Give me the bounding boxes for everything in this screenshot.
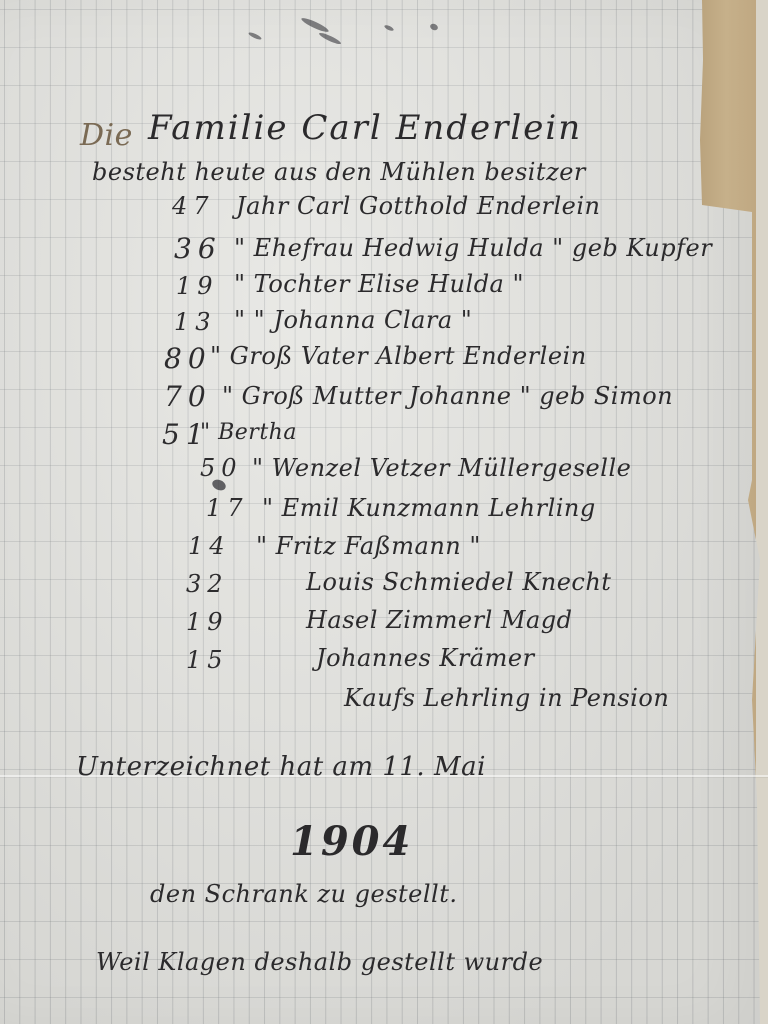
entry-text: " " Johanna Clara " — [234, 306, 472, 334]
entry-text: " Groß Mutter Johanne " geb Simon — [222, 382, 673, 410]
entry-age: 32 — [186, 570, 229, 598]
entry-text: " Ehefrau Hedwig Hulda " geb Kupfer — [234, 234, 712, 262]
entry-age: 14 — [188, 532, 231, 560]
entry-age: 15 — [186, 646, 229, 674]
closing-line-2: den Schrank zu gestellt. — [150, 880, 458, 908]
entry-age: 13 — [174, 308, 217, 336]
intro-line: besteht heute aus den Mühlen besitzer — [92, 158, 586, 186]
entry-text: Johannes Krämer — [316, 644, 535, 672]
heading-prefix: Die — [80, 118, 133, 153]
entry-text: Hasel Zimmerl Magd — [306, 606, 573, 634]
entry-text: " Tochter Elise Hulda " — [234, 270, 524, 298]
entry-age: 36 — [174, 232, 222, 265]
entry-text: " Emil Kunzmann Lehrling — [262, 494, 596, 522]
entry-text: Louis Schmiedel Knecht — [306, 568, 611, 596]
entry-text: " Bertha — [200, 420, 297, 445]
entry-age: 70 — [164, 380, 212, 413]
entry-text: Jahr Carl Gotthold Enderlein — [236, 192, 600, 220]
entry-age: 47 — [172, 192, 215, 220]
entry-text: " Wenzel Vetzer Müllergeselle — [252, 454, 631, 482]
heading-title: Familie Carl Enderlein — [148, 108, 582, 148]
entry-age: 50 — [200, 454, 243, 482]
entry-age: 19 — [186, 608, 229, 636]
entry-age: 19 — [176, 272, 219, 300]
entry-text: " Groß Vater Albert Enderlein — [210, 342, 587, 370]
entry-age: 17 — [206, 494, 249, 522]
closing-year: 1904 — [290, 818, 413, 865]
closing-line-3: Weil Klagen deshalb gestellt wurde — [96, 948, 543, 976]
closing-line-1: Unterzeichnet hat am 11. Mai — [76, 752, 486, 782]
entry-text: Kaufs Lehrling in Pension — [344, 684, 669, 712]
entry-text: " Fritz Faßmann " — [256, 532, 481, 560]
entry-age: 80 — [164, 342, 212, 375]
